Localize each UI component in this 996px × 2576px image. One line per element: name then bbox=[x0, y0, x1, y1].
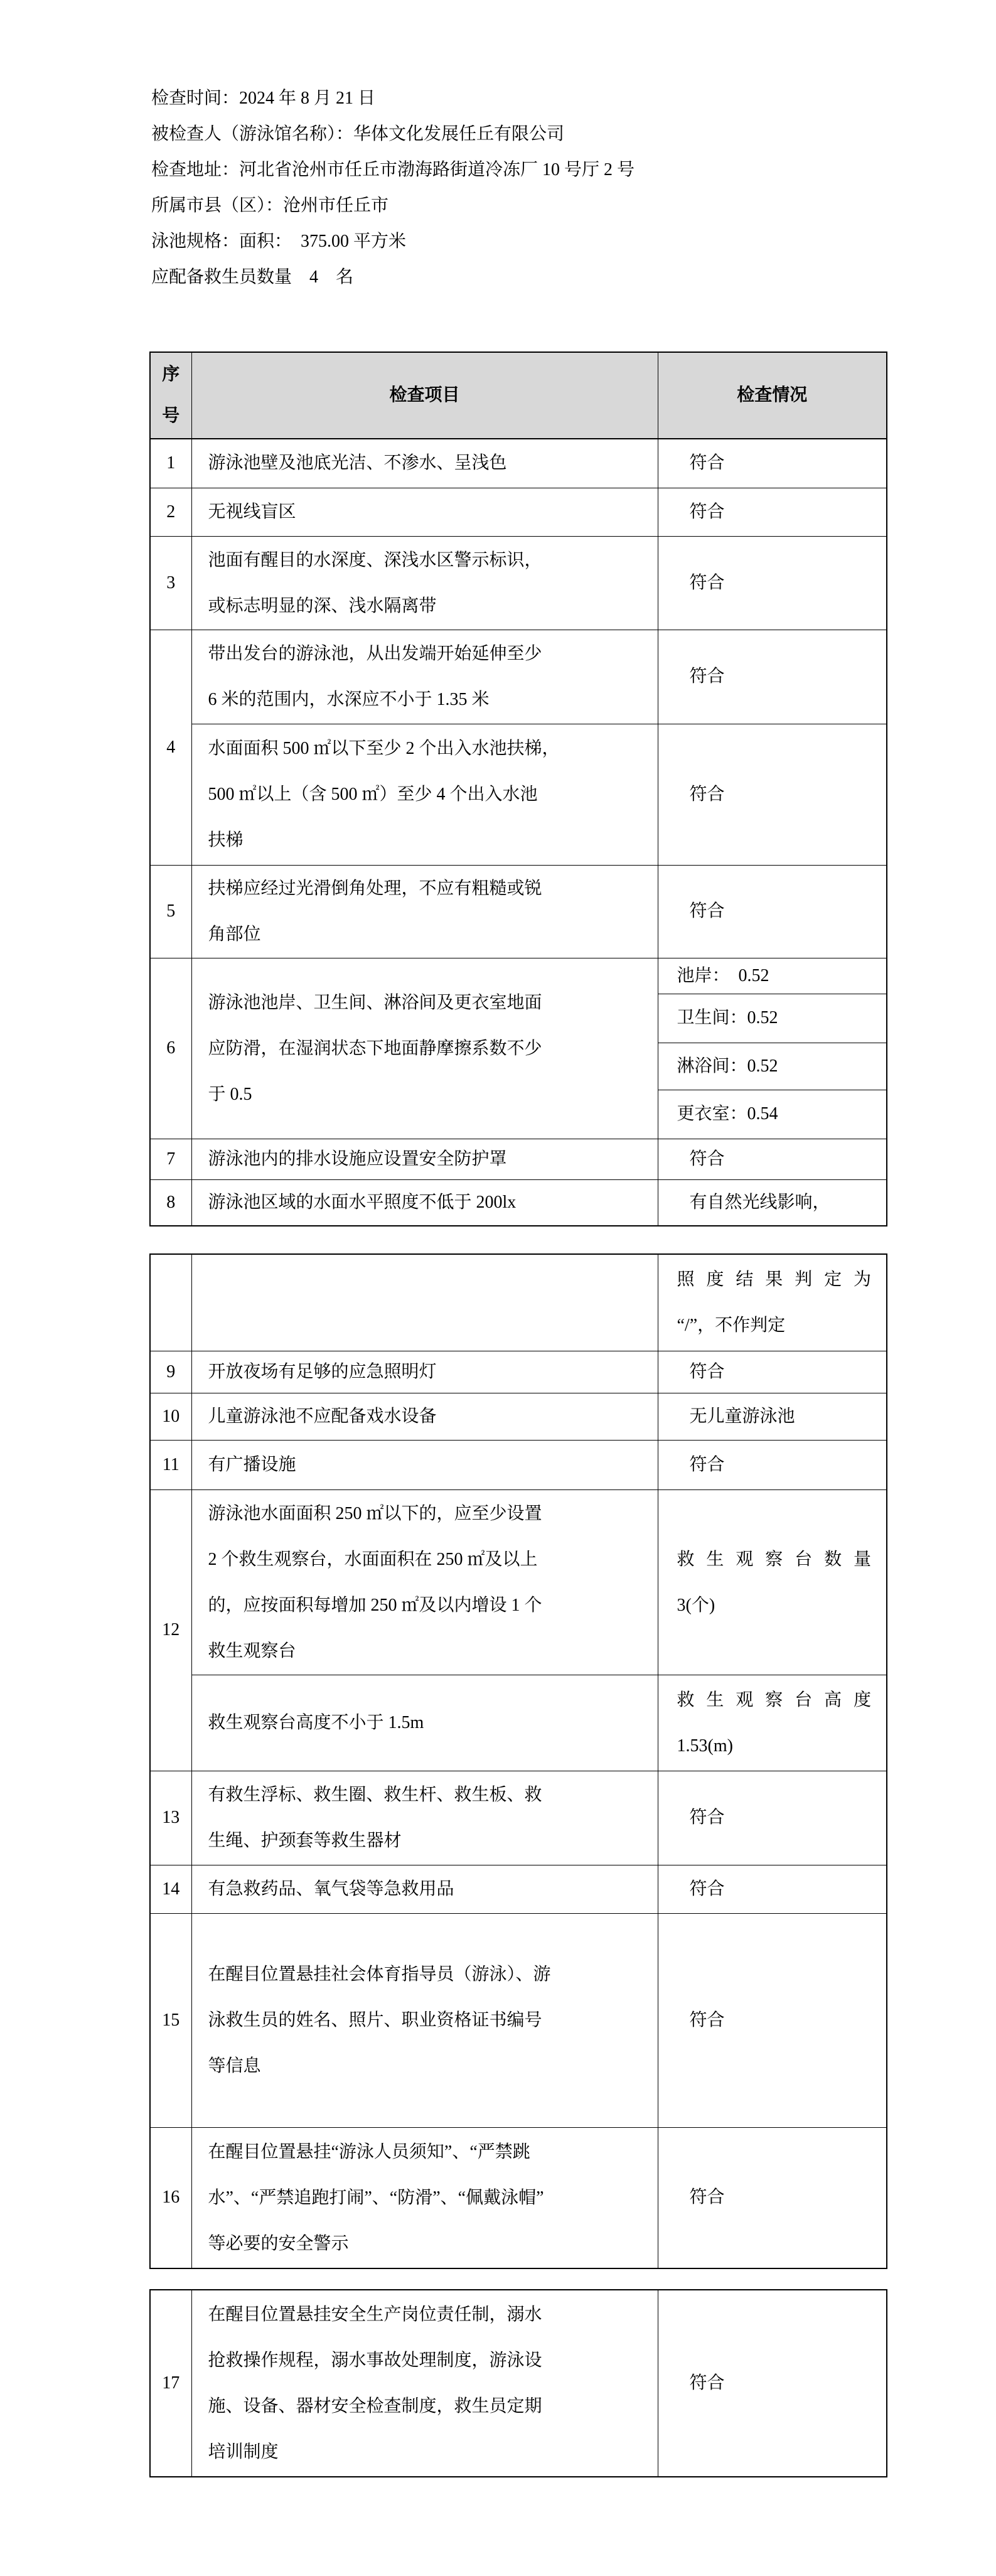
row-no: 8 bbox=[150, 1179, 191, 1226]
status-cell: 符合 bbox=[658, 1351, 887, 1393]
item-cell: 游泳池内的排水设施应设置安全防护罩 bbox=[191, 1139, 658, 1179]
status-value-shower-room: 淋浴间：0.52 bbox=[658, 1043, 887, 1090]
status-cell: 符合 bbox=[658, 1913, 887, 2127]
inspection-table-page-1: 序号 检查项目 检查情况 1 游泳池壁及池底光洁、不渗水、呈浅色 符合 2 无视… bbox=[149, 352, 887, 1226]
row-no: 4 bbox=[150, 630, 191, 865]
status-cell: 有自然光线影响， bbox=[658, 1179, 887, 1226]
inspection-table-page-3: 17 在醒目位置悬挂安全生产岗位责任制，溺水 抢救操作规程，溺水事故处理制度，游… bbox=[149, 2289, 887, 2477]
item-cell: 开放夜场有足够的应急照明灯 bbox=[191, 1351, 658, 1393]
status-cell: 符合 bbox=[658, 1865, 887, 1913]
table-row-12b: 救生观察台高度不小于 1.5m 救生观察台高度 1.53(m) bbox=[150, 1675, 887, 1771]
status-line-1: 救生观察台高度 bbox=[677, 1677, 872, 1723]
table-row-1: 1 游泳池壁及池底光洁、不渗水、呈浅色 符合 bbox=[150, 439, 887, 488]
table-header-row: 序号 检查项目 检查情况 bbox=[150, 352, 887, 439]
item-cell: 池面有醒目的水深度、深浅水区警示标识， 或标志明显的深、浅水隔离带 bbox=[191, 536, 658, 630]
info-line-lifeguard-count: 应配备救生员数量 4 名 bbox=[151, 259, 635, 295]
empty-item-cell bbox=[191, 1254, 658, 1351]
empty-no-cell bbox=[150, 1254, 191, 1351]
table-row-9: 9 开放夜场有足够的应急照明灯 符合 bbox=[150, 1351, 887, 1393]
table-row-16: 16 在醒目位置悬挂“游泳人员须知”、“严禁跳 水”、“严禁追跑打闹”、“防滑”… bbox=[150, 2127, 887, 2268]
row-no: 1 bbox=[150, 439, 191, 488]
status-cell: 符合 bbox=[658, 630, 887, 724]
table-row-6a: 6 游泳池池岸、卫生间、淋浴间及更衣室地面 应防滑，在湿润状态下地面静摩擦系数不… bbox=[150, 958, 887, 994]
table-row-7: 7 游泳池内的排水设施应设置安全防护罩 符合 bbox=[150, 1139, 887, 1179]
item-cell: 儿童游泳池不应配备戏水设备 bbox=[191, 1393, 658, 1440]
document-header-info: 检查时间：2024 年 8 月 21 日 被检查人（游泳馆名称）：华体文化发展任… bbox=[151, 80, 635, 295]
status-value-restroom: 卫生间：0.52 bbox=[658, 994, 887, 1043]
status-line-2: “/”，不作判定 bbox=[677, 1302, 872, 1348]
status-cell: 符合 bbox=[658, 1139, 887, 1179]
row-no: 2 bbox=[150, 488, 191, 536]
status-cell: 符合 bbox=[658, 1440, 887, 1489]
item-cell: 救生观察台高度不小于 1.5m bbox=[191, 1675, 658, 1771]
status-cell: 救生观察台数量 3(个) bbox=[658, 1489, 887, 1675]
item-cell: 在醒目位置悬挂“游泳人员须知”、“严禁跳 水”、“严禁追跑打闹”、“防滑”、“佩… bbox=[191, 2127, 658, 2268]
item-cell: 水面面积 500 ㎡以下至少 2 个出入水池扶梯， 500 ㎡以上（含 500 … bbox=[191, 724, 658, 865]
row-no: 5 bbox=[150, 865, 191, 958]
status-value-changing-room: 更衣室：0.54 bbox=[658, 1090, 887, 1139]
row-no: 16 bbox=[150, 2127, 191, 2268]
table-row-8: 8 游泳池区域的水面水平照度不低于 200lx 有自然光线影响， bbox=[150, 1179, 887, 1226]
status-cell: 符合 bbox=[658, 2290, 887, 2477]
status-cell: 照度结果判定为 “/”，不作判定 bbox=[658, 1254, 887, 1351]
status-cell: 符合 bbox=[658, 724, 887, 865]
row-no: 14 bbox=[150, 1865, 191, 1913]
status-cell: 符合 bbox=[658, 865, 887, 958]
item-cell: 游泳池区域的水面水平照度不低于 200lx bbox=[191, 1179, 658, 1226]
row-no: 15 bbox=[150, 1913, 191, 2127]
column-header-item: 检查项目 bbox=[191, 352, 658, 439]
item-cell: 游泳池壁及池底光洁、不渗水、呈浅色 bbox=[191, 439, 658, 488]
status-cell: 符合 bbox=[658, 488, 887, 536]
status-cell: 救生观察台高度 1.53(m) bbox=[658, 1675, 887, 1771]
table-row-11: 11 有广播设施 符合 bbox=[150, 1440, 887, 1489]
row-no: 6 bbox=[150, 958, 191, 1139]
row-no: 11 bbox=[150, 1440, 191, 1489]
item-cell: 有急救药品、氧气袋等急救用品 bbox=[191, 1865, 658, 1913]
column-header-no: 序号 bbox=[150, 352, 191, 439]
status-value-pool-deck: 池岸： 0.52 bbox=[658, 958, 887, 994]
row-no: 12 bbox=[150, 1489, 191, 1771]
status-cell: 符合 bbox=[658, 439, 887, 488]
row-no: 3 bbox=[150, 536, 191, 630]
item-cell: 带出发台的游泳池，从出发端开始延伸至少 6 米的范围内，水深应不小于 1.35 … bbox=[191, 630, 658, 724]
table-row-13: 13 有救生浮标、救生圈、救生杆、救生板、救 生绳、护颈套等救生器材 符合 bbox=[150, 1771, 887, 1865]
status-cell: 无儿童游泳池 bbox=[658, 1393, 887, 1440]
table-row-4b: 水面面积 500 ㎡以下至少 2 个出入水池扶梯， 500 ㎡以上（含 500 … bbox=[150, 724, 887, 865]
table-row-10: 10 儿童游泳池不应配备戏水设备 无儿童游泳池 bbox=[150, 1393, 887, 1440]
inspection-document: 检查时间：2024 年 8 月 21 日 被检查人（游泳馆名称）：华体文化发展任… bbox=[0, 0, 996, 2576]
status-cell: 符合 bbox=[658, 536, 887, 630]
info-line-city-county: 所属市县（区）：沧州市任丘市 bbox=[151, 188, 635, 223]
row-no: 7 bbox=[150, 1139, 191, 1179]
table-row-12a: 12 游泳池水面面积 250 ㎡以下的，应至少设置 2 个救生观察台，水面面积在… bbox=[150, 1489, 887, 1675]
table-row-5: 5 扶梯应经过光滑倒角处理，不应有粗糙或锐 角部位 符合 bbox=[150, 865, 887, 958]
status-cell: 符合 bbox=[658, 1771, 887, 1865]
item-cell: 有广播设施 bbox=[191, 1440, 658, 1489]
inspection-table-page-2: 照度结果判定为 “/”，不作判定 9 开放夜场有足够的应急照明灯 符合 10 儿… bbox=[149, 1253, 887, 2269]
item-cell: 扶梯应经过光滑倒角处理，不应有粗糙或锐 角部位 bbox=[191, 865, 658, 958]
table-row-15: 15 在醒目位置悬挂社会体育指导员（游泳）、游 泳救生员的姓名、照片、职业资格证… bbox=[150, 1913, 887, 2127]
info-line-inspection-address: 检查地址：河北省沧州市任丘市渤海路街道冷冻厂 10 号厅 2 号 bbox=[151, 152, 635, 188]
status-line-1: 救生观察台数量 bbox=[677, 1537, 872, 1582]
status-line-1: 照度结果判定为 bbox=[677, 1257, 872, 1302]
status-line-2: 3(个) bbox=[677, 1582, 872, 1628]
info-line-inspection-time: 检查时间：2024 年 8 月 21 日 bbox=[151, 80, 635, 116]
status-cell: 符合 bbox=[658, 2127, 887, 2268]
item-cell: 无视线盲区 bbox=[191, 488, 658, 536]
item-cell: 在醒目位置悬挂安全生产岗位责任制，溺水 抢救操作规程，溺水事故处理制度，游泳设 … bbox=[191, 2290, 658, 2477]
table-row-8-continuation: 照度结果判定为 “/”，不作判定 bbox=[150, 1254, 887, 1351]
row-no: 9 bbox=[150, 1351, 191, 1393]
table-row-14: 14 有急救药品、氧气袋等急救用品 符合 bbox=[150, 1865, 887, 1913]
table-row-3: 3 池面有醒目的水深度、深浅水区警示标识， 或标志明显的深、浅水隔离带 符合 bbox=[150, 536, 887, 630]
table-row-2: 2 无视线盲区 符合 bbox=[150, 488, 887, 536]
table-row-4a: 4 带出发台的游泳池，从出发端开始延伸至少 6 米的范围内，水深应不小于 1.3… bbox=[150, 630, 887, 724]
item-cell: 在醒目位置悬挂社会体育指导员（游泳）、游 泳救生员的姓名、照片、职业资格证书编号… bbox=[191, 1913, 658, 2127]
table-row-17: 17 在醒目位置悬挂安全生产岗位责任制，溺水 抢救操作规程，溺水事故处理制度，游… bbox=[150, 2290, 887, 2477]
info-line-inspected-party: 被检查人（游泳馆名称）：华体文化发展任丘有限公司 bbox=[151, 116, 635, 152]
status-line-2: 1.53(m) bbox=[677, 1723, 872, 1769]
item-cell: 游泳池池岸、卫生间、淋浴间及更衣室地面 应防滑，在湿润状态下地面静摩擦系数不少 … bbox=[191, 958, 658, 1139]
column-header-status: 检查情况 bbox=[658, 352, 887, 439]
row-no: 13 bbox=[150, 1771, 191, 1865]
item-cell: 游泳池水面面积 250 ㎡以下的，应至少设置 2 个救生观察台，水面面积在 25… bbox=[191, 1489, 658, 1675]
row-no: 10 bbox=[150, 1393, 191, 1440]
item-cell: 有救生浮标、救生圈、救生杆、救生板、救 生绳、护颈套等救生器材 bbox=[191, 1771, 658, 1865]
info-line-pool-spec: 泳池规格：面积： 375.00 平方米 bbox=[151, 223, 635, 259]
row-no: 17 bbox=[150, 2290, 191, 2477]
